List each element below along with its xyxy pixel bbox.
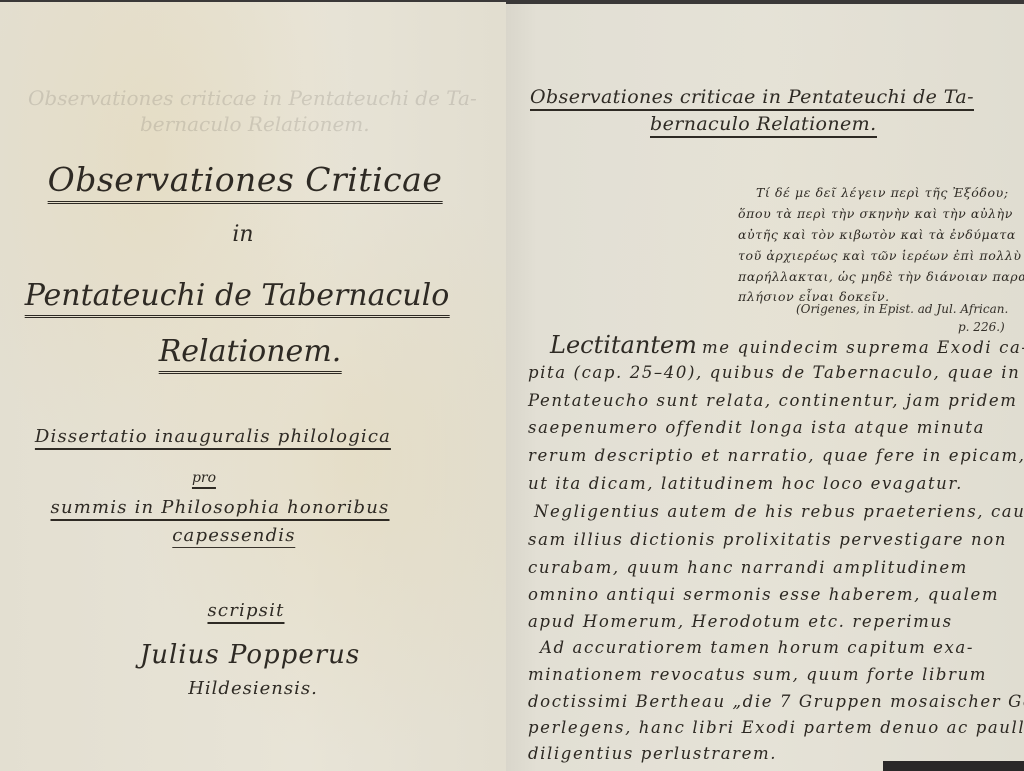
- body-line: diligentius perlustrarem.: [528, 744, 777, 763]
- page-heading-line-2: bernaculo Relationem.: [650, 113, 877, 138]
- body-line: apud Homerum, Herodotum etc. reperimus: [528, 612, 953, 631]
- left-page-title-page: Observationes criticae in Pentateuchi de…: [0, 0, 506, 771]
- body-line: Negligentius autem de his rebus praeteri…: [534, 502, 1024, 521]
- subtitle-pro: pro: [192, 470, 216, 489]
- epigraph-line: τοῦ ἀρχιερέως καὶ τῶν ἱερέων ἐπὶ πολλὺ: [738, 248, 1022, 263]
- body-first-word: Lectitantem: [550, 331, 697, 359]
- epigraph-line: ὅπου τὰ περὶ τὴν σκηνὴν καὶ τὴν αὐλὴν: [738, 206, 1013, 221]
- body-line: sam illius dictionis prolixitatis perves…: [528, 530, 1007, 549]
- epigraph-line: αὐτῆς καὶ τὸν κιβωτὸν καὶ τὰ ἐνδύματα: [738, 227, 1016, 242]
- page-edge: [883, 761, 1024, 771]
- page-edge: [0, 0, 506, 2]
- body-line: doctissimi Bertheau „die 7 Gruppen mosai…: [528, 692, 1024, 711]
- body-line: rerum descriptio et narratio, quae fere …: [528, 446, 1024, 465]
- author-hometown: Hildesiensis.: [188, 678, 318, 699]
- page-edge: [506, 0, 1024, 4]
- bleed-through-text: bernaculo Relationem.: [140, 112, 370, 136]
- body-line: curabam, quum hanc narrandi amplitudinem: [528, 558, 968, 577]
- subtitle-honoribus: summis in Philosophia honoribus: [51, 497, 390, 521]
- bleed-through-text: Observationes criticae in Pentateuchi de…: [28, 86, 477, 110]
- page-heading-line-1: Observationes criticae in Pentateuchi de…: [530, 86, 974, 111]
- title-line-3: Relationem.: [159, 334, 342, 374]
- body-line: Lectitantem me quindecim suprema Exodi c…: [550, 331, 1024, 359]
- right-page-text: Observationes criticae in Pentateuchi de…: [506, 0, 1024, 771]
- body-line: Pentateucho sunt relata, continentur, ja…: [528, 391, 1018, 410]
- title-in: in: [232, 222, 253, 247]
- scripsit: scripsit: [207, 600, 284, 624]
- title-line-2: Pentateuchi de Tabernaculo: [25, 278, 450, 318]
- body-line: saepenumero offendit longa ista atque mi…: [528, 418, 985, 437]
- author-name: Julius Popperus: [140, 640, 360, 670]
- epigraph-line: Τί δέ με δεῖ λέγειν περὶ τῆς Ἐξόδου;: [756, 185, 1009, 200]
- subtitle-dissertatio: Dissertatio inauguralis philologica: [35, 426, 391, 450]
- body-line: omnino antiqui sermonis esse haberem, qu…: [528, 585, 999, 604]
- epigraph-line: παρήλλακται, ὡς μηδὲ τὴν διάνοιαν παρα-: [738, 269, 1024, 284]
- epigraph-attribution: (Origenes, in Epist. ad Jul. African.: [796, 302, 1008, 316]
- body-line: Ad accuratiorem tamen horum capitum exa-: [540, 638, 974, 657]
- body-line: perlegens, hanc libri Exodi partem denuo…: [528, 718, 1024, 737]
- body-line: ut ita dicam, latitudinem hoc loco evaga…: [528, 474, 963, 493]
- subtitle-capessendis: capessendis: [172, 525, 295, 548]
- title-line-1: Observationes Criticae: [48, 160, 443, 204]
- body-line: pita (cap. 25–40), quibus de Tabernaculo…: [528, 363, 1020, 382]
- body-line: minationem revocatus sum, quum forte lib…: [528, 665, 987, 684]
